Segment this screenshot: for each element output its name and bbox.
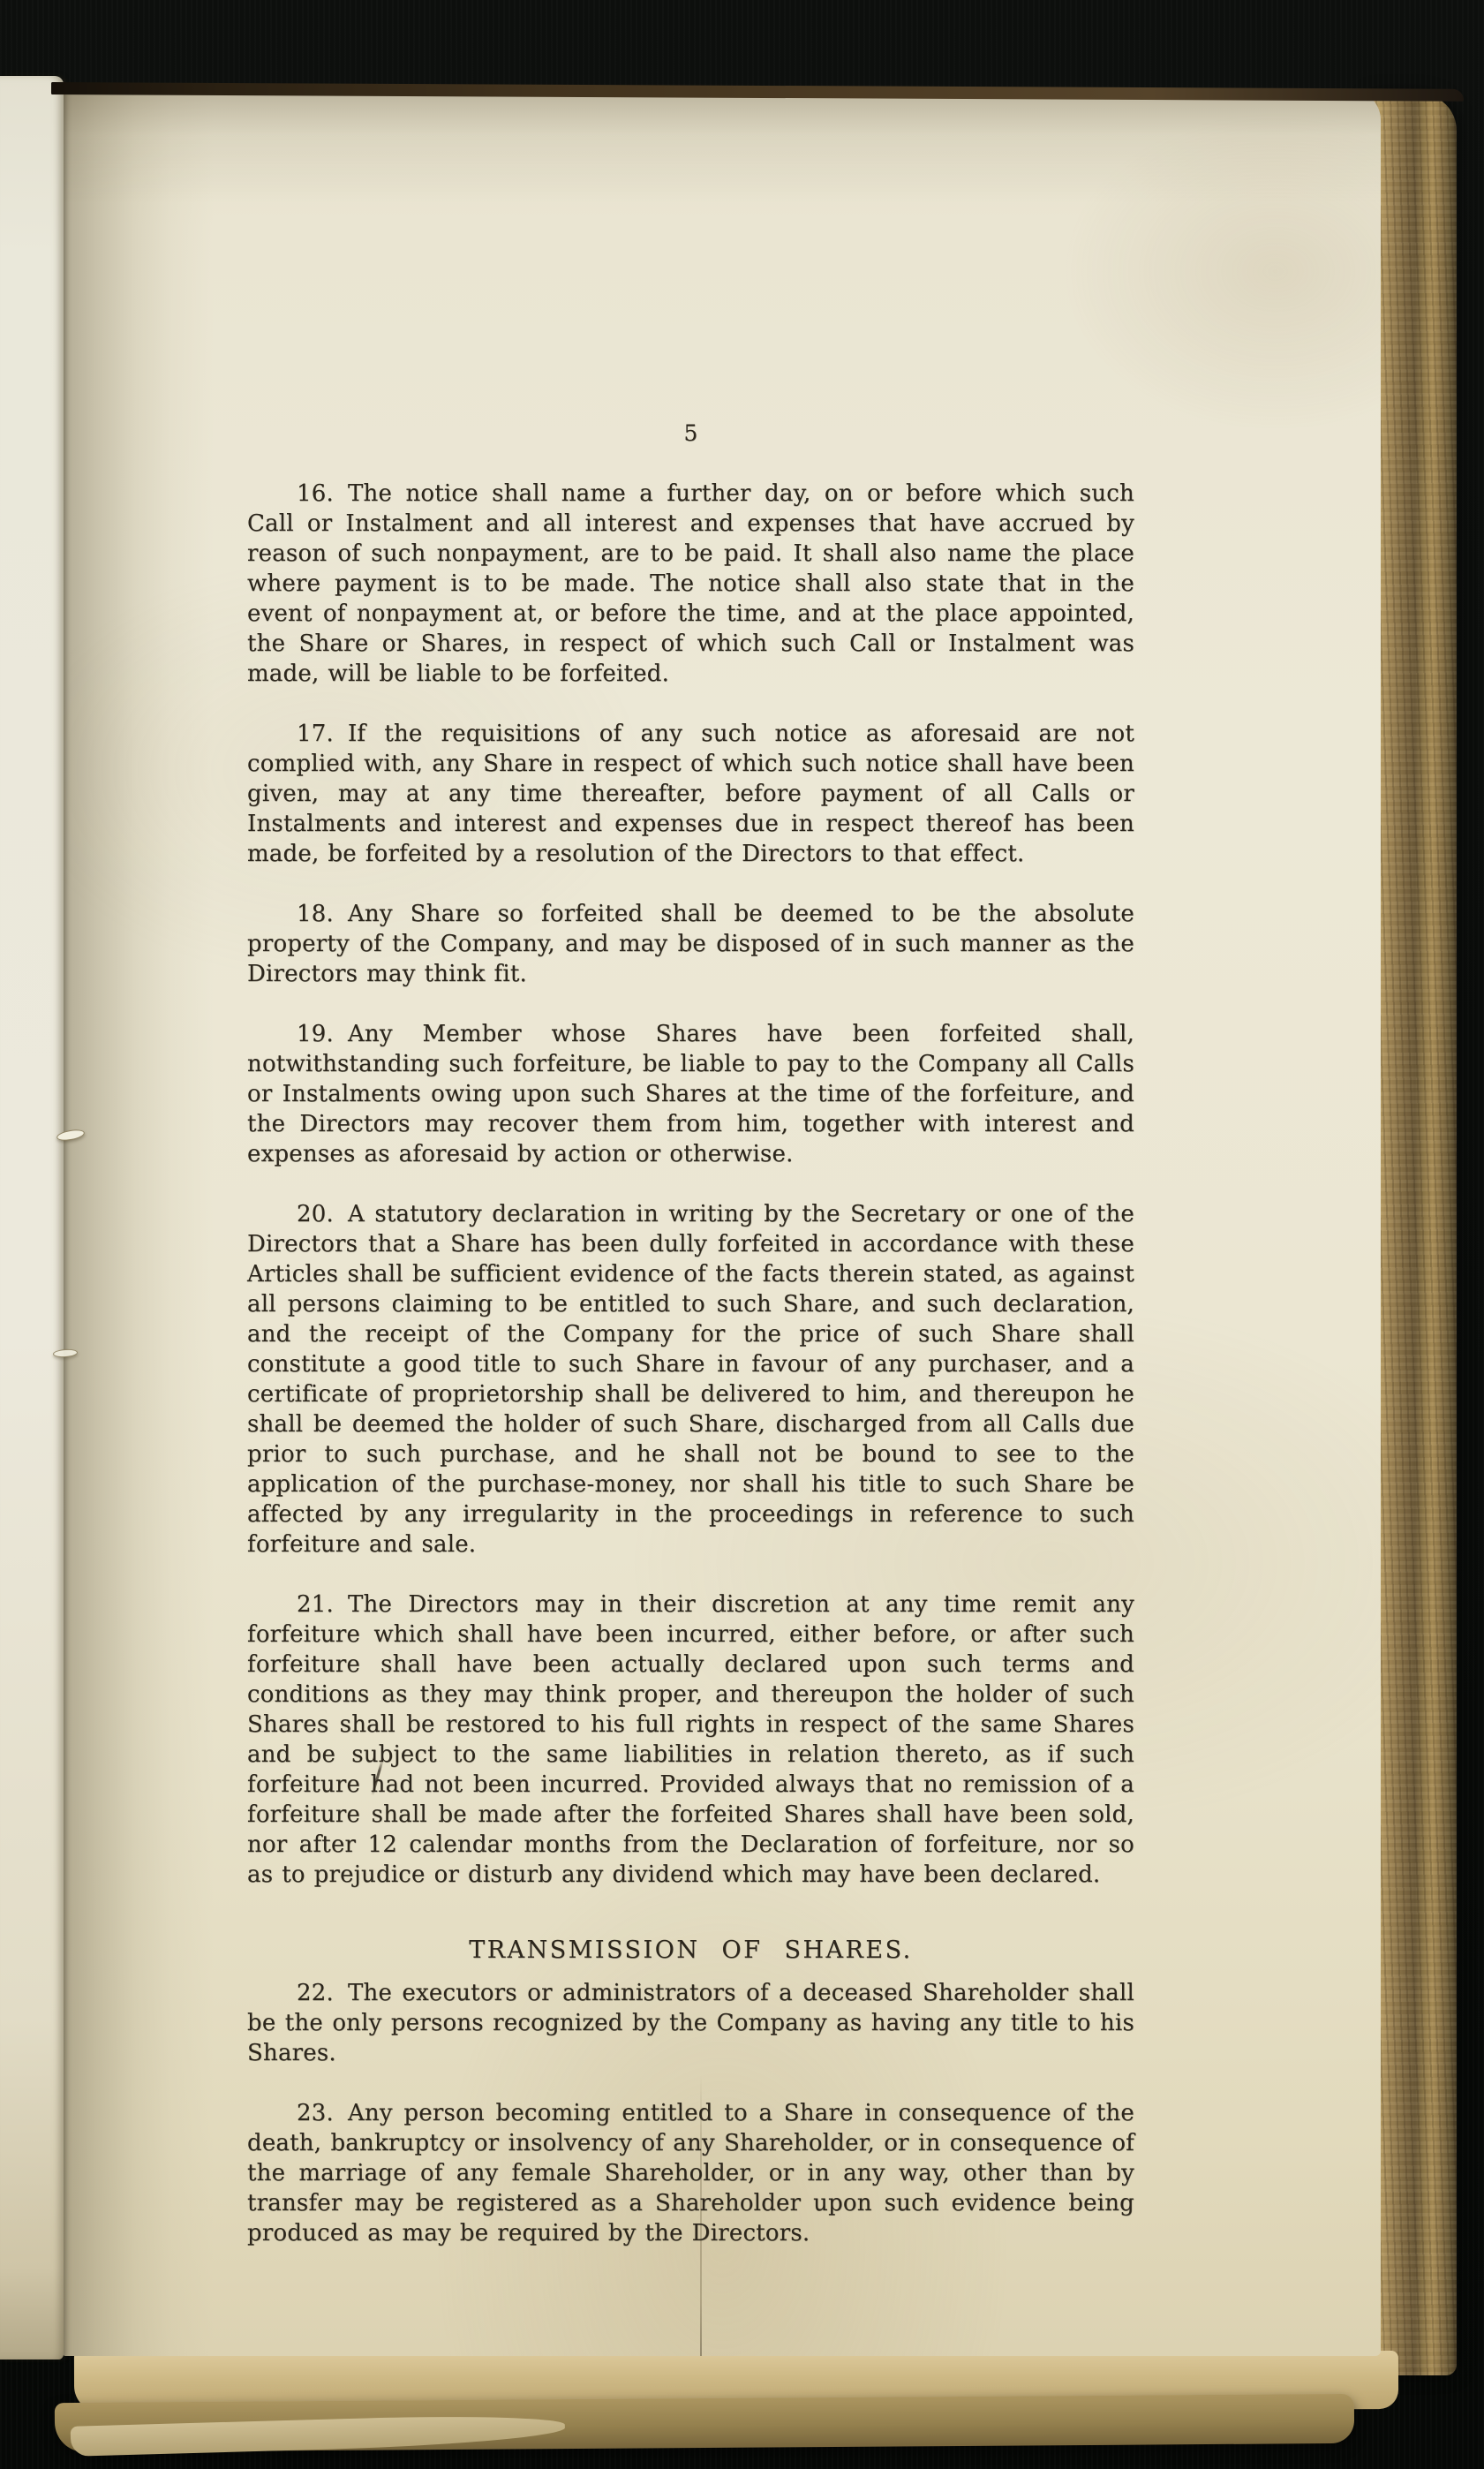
article-23-text: Any person becoming entitled to a Share … xyxy=(247,2100,1134,2246)
article-16-number: 16. xyxy=(297,480,334,507)
article-22: 22.The executors or administrators of a … xyxy=(247,1978,1134,2068)
article-19-text: Any Member whose Shares have been forfei… xyxy=(247,1021,1134,1167)
article-23: 23.Any person becoming entitled to a Sha… xyxy=(247,2098,1134,2248)
article-19-number: 19. xyxy=(297,1021,334,1047)
section-heading: TRANSMISSION OF SHARES. xyxy=(247,1936,1134,1966)
article-16: 16.The notice shall name a further day, … xyxy=(247,479,1134,689)
article-21: 21.The Directors may in their discretion… xyxy=(247,1589,1134,1890)
right-page-edges-texture xyxy=(1370,94,1457,2375)
article-21-number: 21. xyxy=(297,1591,334,1618)
gutter-shadow xyxy=(64,90,214,2356)
previous-page-edge xyxy=(0,76,64,2360)
book-page: 5 16.The notice shall name a further day… xyxy=(64,90,1381,2356)
article-19: 19.Any Member whose Shares have been for… xyxy=(247,1019,1134,1169)
article-22-text: The executors or administrators of a dec… xyxy=(247,1980,1134,2066)
article-20-number: 20. xyxy=(297,1201,334,1227)
article-20-text: A statutory declaration in writing by th… xyxy=(247,1201,1134,1558)
article-18: 18.Any Share so forfeited shall be deeme… xyxy=(247,899,1134,989)
page-text: 5 16.The notice shall name a further day… xyxy=(247,419,1134,2248)
article-18-text: Any Share so forfeited shall be deemed t… xyxy=(247,901,1134,987)
article-18-number: 18. xyxy=(297,901,334,927)
article-21-text: The Directors may in their discretion at… xyxy=(247,1591,1134,1888)
right-page-edges xyxy=(1370,94,1457,2375)
article-17: 17.If the requisitions of any such notic… xyxy=(247,719,1134,869)
page-number: 5 xyxy=(247,419,1134,449)
article-23-number: 23. xyxy=(297,2100,334,2126)
article-20: 20.A statutory declaration in writing by… xyxy=(247,1199,1134,1559)
article-22-number: 22. xyxy=(297,1980,334,2006)
article-17-text: If the requisitions of any such notice a… xyxy=(247,721,1134,867)
article-16-text: The notice shall name a further day, on … xyxy=(247,480,1134,687)
article-17-number: 17. xyxy=(297,721,334,747)
